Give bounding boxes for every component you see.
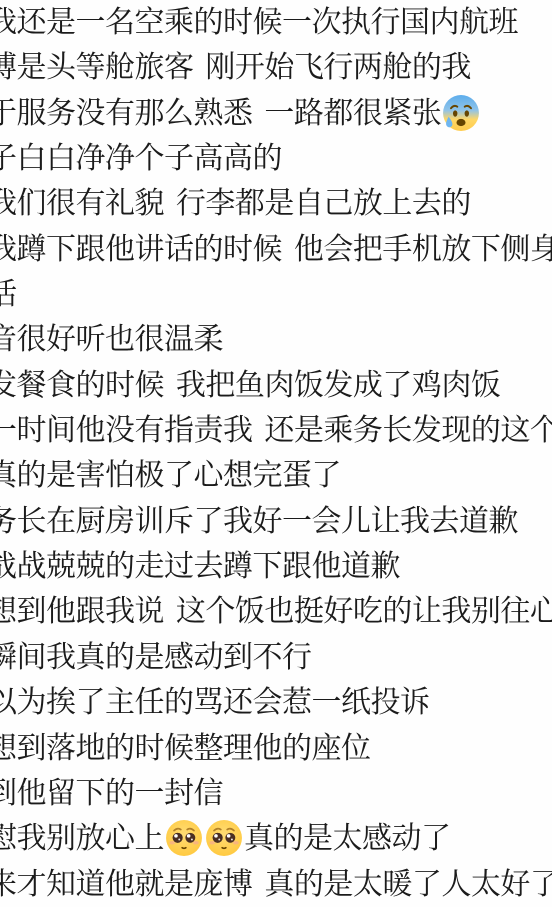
line-text: 我还是一名空乘的时候一次执行国内航班 (0, 6, 518, 39)
line-text: 想到他跟我说 这个饭也挺好吃的让我别往心里 (0, 595, 552, 628)
text-line: 慰我别放心上 真的是太感动了 (0, 816, 552, 861)
line-text: 务长在厨房训斥了我好一会儿让我去道歉 (0, 505, 518, 538)
text-line: 子白白净净个子高高的 (0, 136, 552, 181)
line-text: 一时间他没有指责我 还是乘务长发现的这个问 (0, 414, 552, 447)
line-text: 音很好听也很温柔 (0, 323, 223, 356)
text-line: 想到落地的时候整理他的座位 (0, 726, 552, 771)
line-text: 真的是太感动了 (244, 822, 451, 855)
text-line: 博是头等舱旅客 刚开始飞行两舱的我 (0, 45, 552, 90)
line-text: 博是头等舱旅客 刚开始飞行两舱的我 (0, 51, 471, 84)
line-text: 我蹲下跟他讲话的时候 他会把手机放下侧身听 (0, 233, 552, 266)
line-text: 想到落地的时候整理他的座位 (0, 732, 371, 765)
post-text: 我还是一名空乘的时候一次执行国内航班博是头等舱旅客 刚开始飞行两舱的我于服务没有… (0, 0, 552, 907)
line-text: 到他留下的一封信 (0, 777, 223, 810)
pleading-face-emoji (205, 819, 243, 857)
text-line: 想到他跟我说 这个饭也挺好吃的让我别往心里 (0, 589, 552, 634)
anxious-face-sweat-emoji (442, 94, 480, 132)
line-text: 我们很有礼貌 行李都是自己放上去的 (0, 187, 471, 220)
line-text: 真的是害怕极了心想完蛋了 (0, 459, 341, 492)
text-line: 战战兢兢的走过去蹲下跟他道歉 (0, 544, 552, 589)
text-line: 来才知道他就是庞博 真的是太暖了人太好了 (0, 862, 552, 907)
text-line: 到他留下的一封信 (0, 771, 552, 816)
line-text: 慰我别放心上 (0, 822, 164, 855)
line-text: 发餐食的时候 我把鱼肉饭发成了鸡肉饭 (0, 369, 500, 402)
text-line: 一时间他没有指责我 还是乘务长发现的这个问 (0, 408, 552, 453)
text-line: 务长在厨房训斥了我好一会儿让我去道歉 (0, 499, 552, 544)
line-text: 瞬间我真的是感动到不行 (0, 641, 312, 674)
text-line: 我还是一名空乘的时候一次执行国内航班 (0, 0, 552, 45)
line-text: 于服务没有那么熟悉 一路都很紧张 (0, 97, 441, 130)
text-line: 我蹲下跟他讲话的时候 他会把手机放下侧身听 (0, 227, 552, 272)
screenshot-root: { "colors": { "background": "#fefefe", "… (0, 0, 552, 907)
text-line: 瞬间我真的是感动到不行 (0, 635, 552, 680)
text-line: 以为挨了主任的骂还会惹一纸投诉 (0, 680, 552, 725)
text-line: 真的是害怕极了心想完蛋了 (0, 453, 552, 498)
text-line: 音很好听也很温柔 (0, 317, 552, 362)
text-line: 于服务没有那么熟悉 一路都很紧张 (0, 91, 552, 136)
text-line: 话 (0, 272, 552, 317)
line-text: 战战兢兢的走过去蹲下跟他道歉 (0, 550, 400, 583)
text-line: 发餐食的时候 我把鱼肉饭发成了鸡肉饭 (0, 363, 552, 408)
line-text: 子白白净净个子高高的 (0, 142, 282, 175)
line-text: 以为挨了主任的骂还会惹一纸投诉 (0, 686, 430, 719)
line-text: 来才知道他就是庞博 真的是太暖了人太好了 (0, 868, 552, 901)
line-text: 话 (0, 278, 17, 311)
text-line: 我们很有礼貌 行李都是自己放上去的 (0, 181, 552, 226)
pleading-face-emoji (165, 819, 203, 857)
